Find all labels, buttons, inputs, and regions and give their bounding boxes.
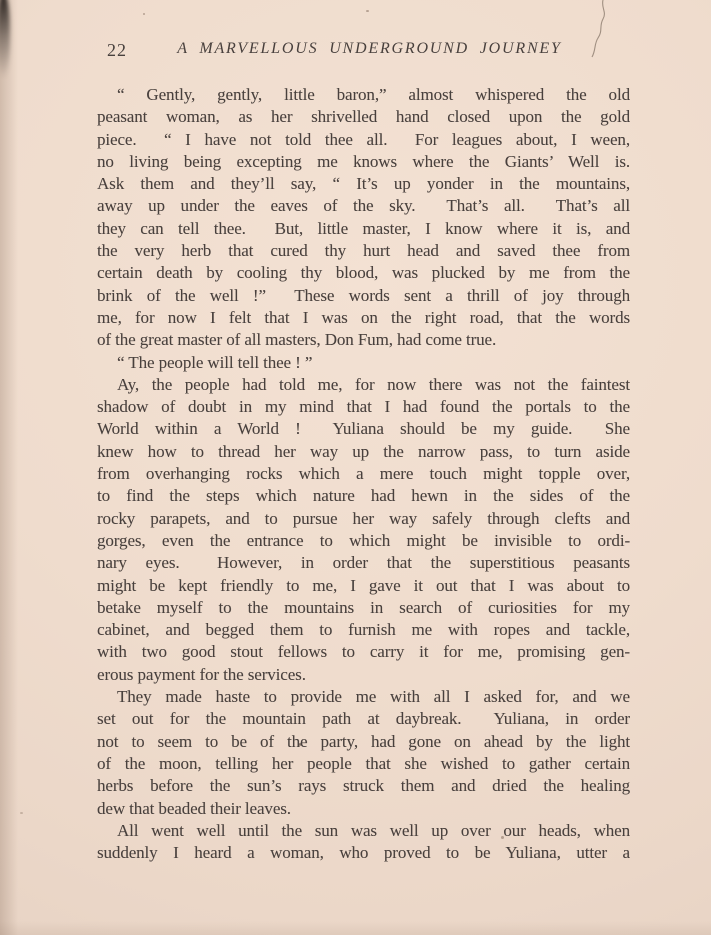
text-line: cabinet, and begged them to furnish me w… bbox=[97, 619, 630, 641]
text-block: “ Gently, gently, little baron,” almost … bbox=[97, 84, 630, 864]
text-line: not to seem to be of the party, had gone… bbox=[97, 731, 630, 753]
running-title: A MARVELLOUS UNDERGROUND JOURNEY bbox=[97, 40, 630, 58]
text-line: nary eyes. However, in order that the su… bbox=[97, 552, 630, 574]
text-line: of the moon, telling her people that she… bbox=[97, 753, 630, 775]
text-line: dew that beaded their leaves. bbox=[97, 798, 630, 820]
ink-speck bbox=[20, 812, 23, 814]
paragraph: Ay, the people had told me, for now ther… bbox=[97, 374, 630, 686]
text-line: the very herb that cured thy hurt head a… bbox=[97, 240, 630, 262]
text-line: away up under the eaves of the sky. That… bbox=[97, 195, 630, 217]
text-line: peasant woman, as her shrivelled hand cl… bbox=[97, 106, 630, 128]
text-line: to find the steps which nature had hewn … bbox=[97, 485, 630, 507]
text-line: rocky parapets, and to pursue her way sa… bbox=[97, 508, 630, 530]
text-line: gorges, even the entrance to which might… bbox=[97, 530, 630, 552]
paragraph: All went well until the sun was well up … bbox=[97, 820, 630, 865]
text-line: erous payment for the services. bbox=[97, 664, 630, 686]
text-line: me, for now I felt that I was on the rig… bbox=[97, 307, 630, 329]
page-bottom-shadow bbox=[0, 921, 711, 935]
text-line: “ The people will tell thee ! ” bbox=[97, 352, 630, 374]
text-line: All went well until the sun was well up … bbox=[97, 820, 630, 842]
text-line: herbs before the sun’s rays struck them … bbox=[97, 775, 630, 797]
text-line: certain death by cooling thy blood, was … bbox=[97, 262, 630, 284]
page-header: 22 A MARVELLOUS UNDERGROUND JOURNEY bbox=[97, 40, 630, 60]
text-line: “ Gently, gently, little baron,” almost … bbox=[97, 84, 630, 106]
text-line: they can tell thee. But, little master, … bbox=[97, 218, 630, 240]
ink-speck bbox=[366, 10, 369, 12]
text-line: of the great master of all masters, Don … bbox=[97, 329, 630, 351]
ink-speck bbox=[143, 13, 145, 15]
text-line: piece. “ I have not told thee all. For l… bbox=[97, 129, 630, 151]
text-line: shadow of doubt in my mind that I had fo… bbox=[97, 396, 630, 418]
text-line: World within a World ! Yuliana should be… bbox=[97, 418, 630, 440]
paragraph: They made haste to provide me with all I… bbox=[97, 686, 630, 820]
text-line: set out for the mountain path at daybrea… bbox=[97, 708, 630, 730]
text-line: Ask them and they’ll say, “ It’s up yond… bbox=[97, 173, 630, 195]
text-line: with two good stout fellows to carry it … bbox=[97, 641, 630, 663]
book-page-scan: 22 A MARVELLOUS UNDERGROUND JOURNEY “ Ge… bbox=[0, 0, 711, 935]
text-line: might be kept friendly to me, I gave it … bbox=[97, 575, 630, 597]
page-number: 22 bbox=[107, 40, 127, 61]
text-line: brink of the well !” These words sent a … bbox=[97, 285, 630, 307]
text-line: They made haste to provide me with all I… bbox=[97, 686, 630, 708]
text-line: Ay, the people had told me, for now ther… bbox=[97, 374, 630, 396]
paragraph: “ Gently, gently, little baron,” almost … bbox=[97, 84, 630, 352]
text-line: from overhanging rocks which a mere touc… bbox=[97, 463, 630, 485]
text-line: knew how to thread her way up the narrow… bbox=[97, 441, 630, 463]
page-edge-shadow bbox=[0, 0, 18, 935]
text-line: betake myself to the mountains in search… bbox=[97, 597, 630, 619]
paragraph: “ The people will tell thee ! ” bbox=[97, 352, 630, 374]
text-line: suddenly I heard a woman, who proved to … bbox=[97, 842, 630, 864]
text-line: no living being excepting me knows where… bbox=[97, 151, 630, 173]
